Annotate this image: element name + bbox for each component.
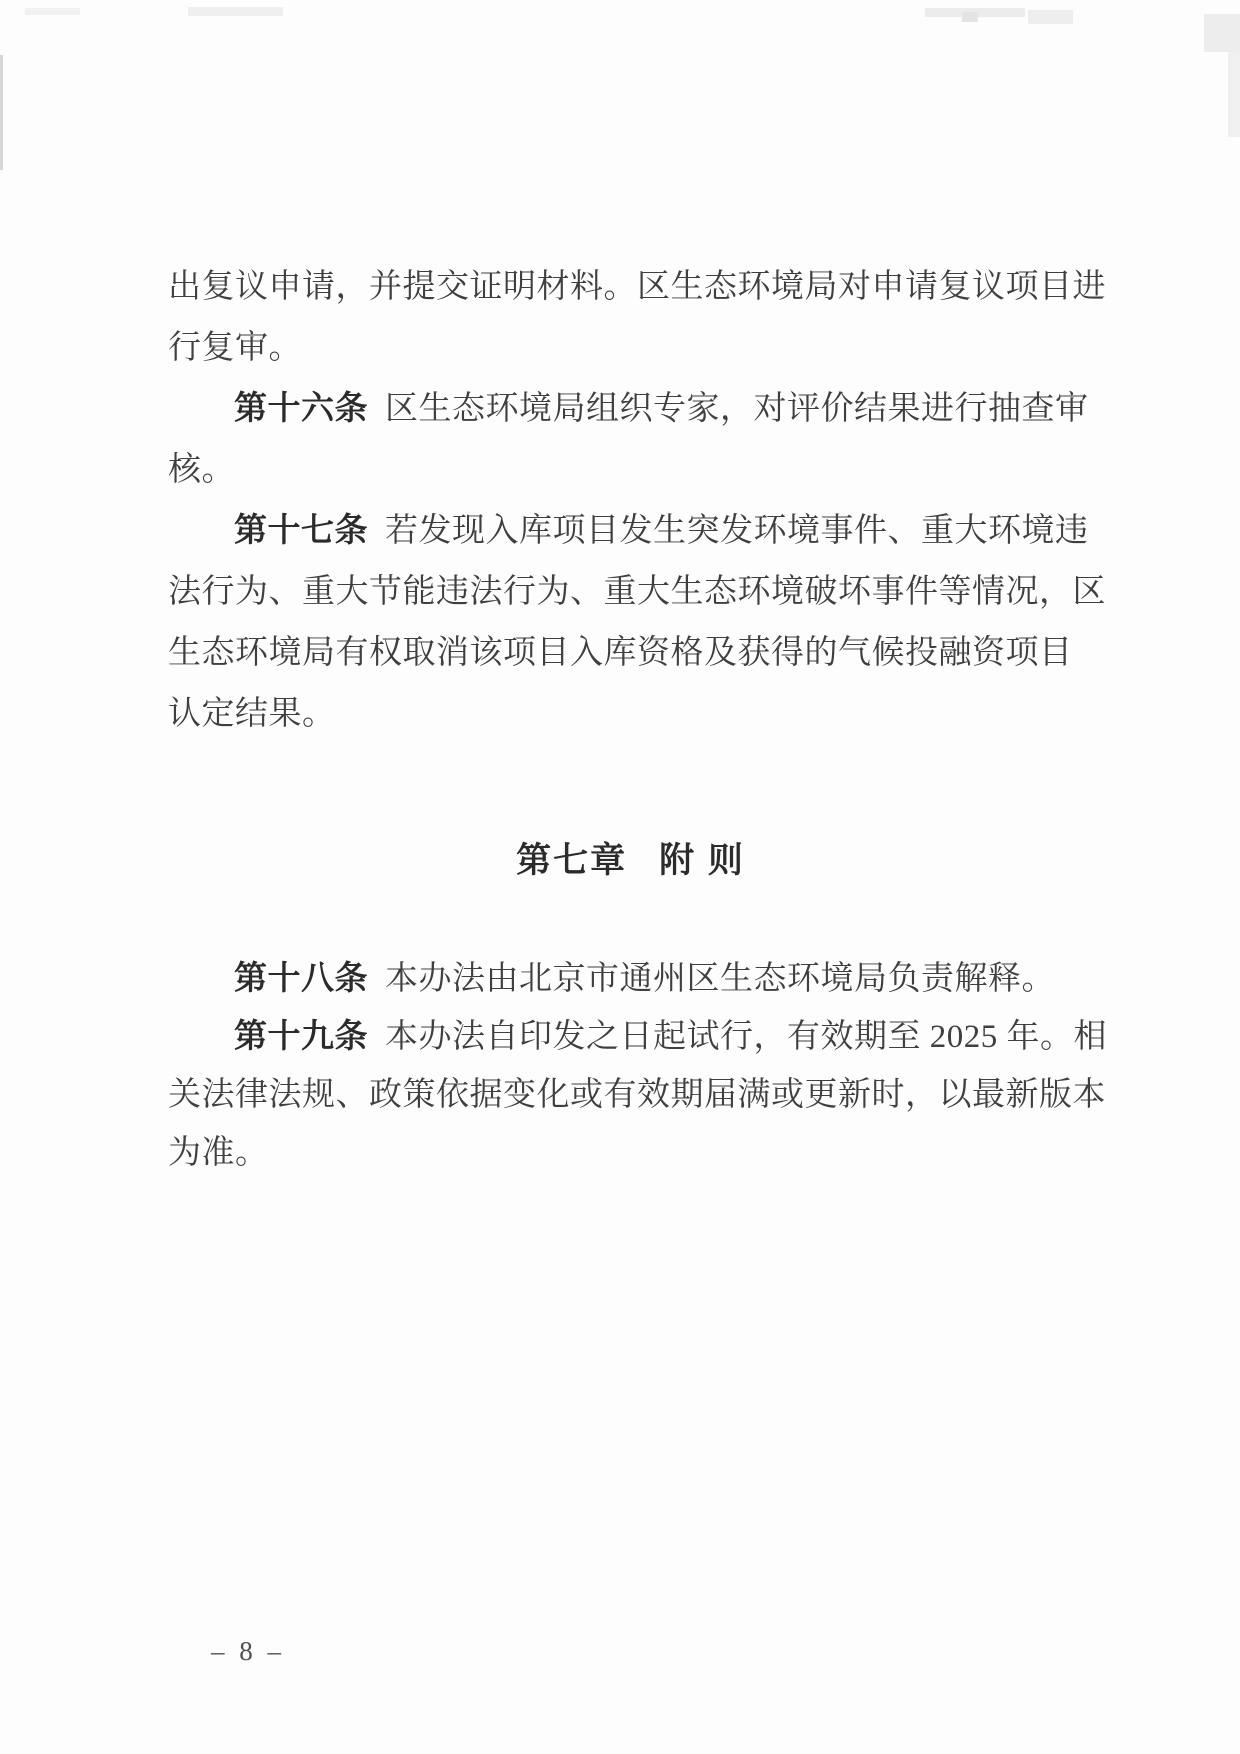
chapter-label: 第七章 (516, 841, 627, 880)
line-text: 为准。 (168, 1135, 269, 1171)
document-line: 关法律法规、政策依据变化或有效期届满或更新时，以最新版本 (168, 1065, 1093, 1123)
document-line: 法行为、重大节能违法行为、重大生态环境破坏事件等情况，区 (168, 560, 1093, 621)
scan-artifact (1204, 14, 1240, 52)
line-text: 核。 (168, 452, 235, 488)
document-line: 行复审。 (168, 316, 1093, 377)
line-text: 本办法自印发之日起试行，有效期至 2025 年。相 (385, 1019, 1107, 1055)
scan-artifact (1228, 52, 1240, 137)
scan-artifact (1028, 10, 1073, 24)
article-number: 第十六条 (234, 389, 368, 426)
scan-artifact (0, 55, 3, 170)
document-line: 认定结果。 (168, 682, 1093, 743)
line-text: 出复议申请，并提交证明材料。区生态环境局对申请复议项目进 (168, 269, 1106, 305)
line-text: 若发现入库项目发生突发环境事件、重大环境违 (385, 513, 1089, 549)
document-line: 第十七条若发现入库项目发生突发环境事件、重大环境违 (168, 499, 1093, 560)
article-number: 第十八条 (234, 959, 368, 996)
document-line: 为准。 (168, 1123, 1093, 1181)
line-text: 区生态环境局组织专家，对评价结果进行抽查审 (385, 391, 1089, 427)
chapter-heading: 第七章附 则 (168, 831, 1093, 891)
document-line: 第十六条区生态环境局组织专家，对评价结果进行抽查审 (168, 377, 1093, 438)
scanned-document-page: 出复议申请，并提交证明材料。区生态环境局对申请复议项目进 行复审。 第十六条区生… (0, 0, 1240, 1754)
document-body: 出复议申请，并提交证明材料。区生态环境局对申请复议项目进 行复审。 第十六条区生… (168, 255, 1093, 1181)
document-line: 第十八条本办法由北京市通州区生态环境局负责解释。 (168, 949, 1093, 1007)
document-line: 出复议申请，并提交证明材料。区生态环境局对申请复议项目进 (168, 255, 1093, 316)
document-line: 第十九条本办法自印发之日起试行，有效期至 2025 年。相 (168, 1007, 1093, 1065)
scan-artifact (188, 7, 283, 16)
line-text: 认定结果。 (168, 696, 336, 732)
chapter-title: 附 则 (659, 841, 745, 880)
scan-artifact (925, 8, 1025, 17)
line-text: 关法律法规、政策依据变化或有效期届满或更新时，以最新版本 (168, 1077, 1106, 1113)
document-line: 生态环境局有权取消该项目入库资格及获得的气候投融资项目 (168, 621, 1093, 682)
document-line: 核。 (168, 438, 1093, 499)
line-text: 行复审。 (168, 330, 302, 366)
article-number: 第十七条 (234, 511, 368, 548)
scan-artifact (25, 8, 80, 15)
line-text: 本办法由北京市通州区生态环境局负责解释。 (385, 961, 1055, 997)
line-text: 生态环境局有权取消该项目入库资格及获得的气候投融资项目 (168, 635, 1073, 671)
page-number: – 8 – (211, 1636, 285, 1667)
document-section: 第十八条本办法由北京市通州区生态环境局负责解释。 第十九条本办法自印发之日起试行… (168, 949, 1093, 1181)
scan-artifact (962, 12, 978, 22)
line-text: 法行为、重大节能违法行为、重大生态环境破坏事件等情况，区 (168, 574, 1106, 610)
article-number: 第十九条 (234, 1017, 368, 1054)
